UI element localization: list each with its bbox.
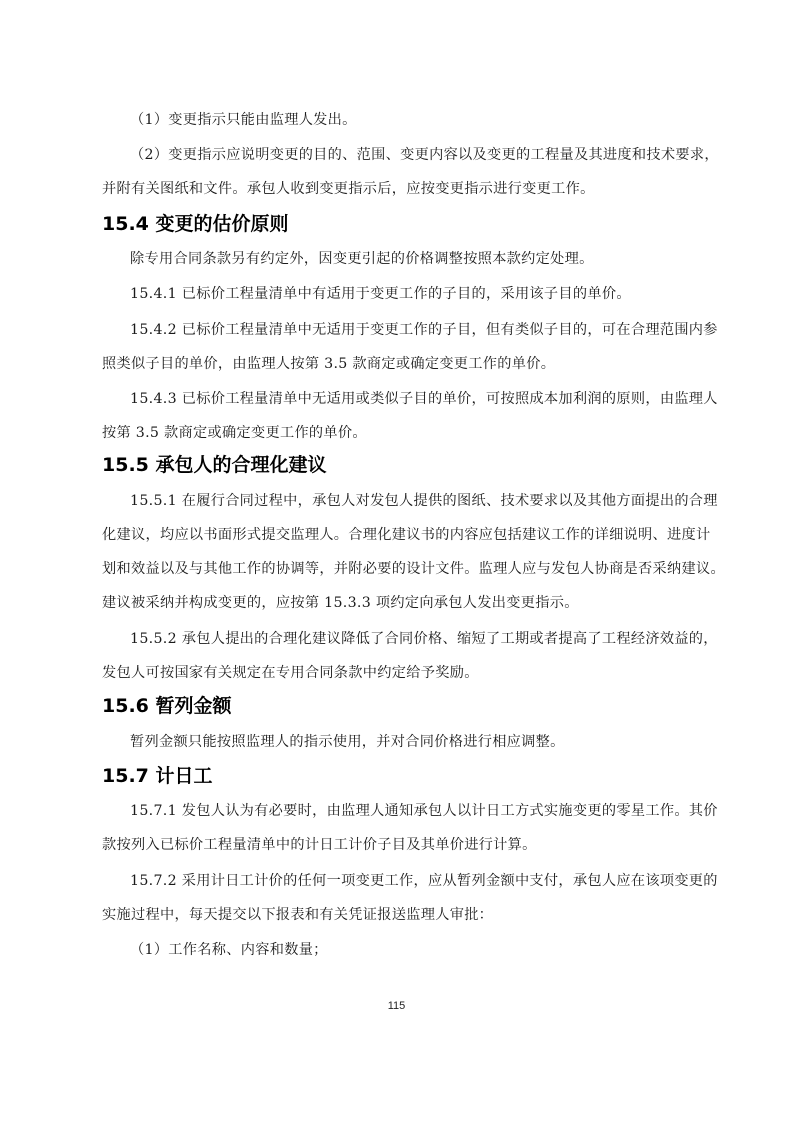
text-line: 划和效益以及与其他工作的协调等，并附必要的设计文件。监理人应与发包人协商是否采纳…: [102, 552, 694, 586]
text-line: （1）变更指示只能由监理人发出。: [102, 103, 694, 137]
text-line: 按第 3.5 款商定或确定变更工作的单价。: [102, 416, 694, 450]
text-line: 实施过程中，每天提交以下报表和有关凭证报送监理人审批：: [102, 898, 694, 932]
text-line: 建议被采纳并构成变更的，应按第 15.3.3 项约定向承包人发出变更指示。: [102, 586, 694, 620]
section-heading-15-5: 15.5 承包人的合理化建议: [102, 451, 327, 479]
text-line: （2）变更指示应说明变更的目的、范围、变更内容以及变更的工程量及其进度和技术要求…: [102, 138, 694, 172]
text-line: 15.5.2 承包人提出的合理化建议降低了合同价格、缩短了工期或者提高了工程经济…: [102, 622, 694, 656]
paragraph-15-4-2: 15.4.2 已标价工程量清单中无适用于变更工作的子目，但有类似子目的，可在合理…: [102, 313, 694, 381]
text-line: 15.4.3 已标价工程量清单中无适用或类似子目的单价，可按照成本加利润的原则，…: [102, 382, 694, 416]
text-line: 照类似子目的单价，由监理人按第 3.5 款商定或确定变更工作的单价。: [102, 347, 694, 381]
text-line: 15.7.1 发包人认为有必要时，由监理人通知承包人以计日工方式实施变更的零星工…: [102, 794, 694, 828]
text-line: 暂列金额只能按照监理人的指示使用，并对合同价格进行相应调整。: [102, 725, 694, 759]
paragraph-item-2: （2）变更指示应说明变更的目的、范围、变更内容以及变更的工程量及其进度和技术要求…: [102, 138, 694, 206]
section-heading-15-7: 15.7 计日工: [102, 762, 213, 790]
text-line: 15.5.1 在履行合同过程中，承包人对发包人提供的图纸、技术要求以及其他方面提…: [102, 484, 694, 518]
text-line: 款按列入已标价工程量清单中的计日工计价子目及其单价进行计算。: [102, 828, 694, 862]
text-line: 发包人可按国家有关规定在专用合同条款中约定给予奖励。: [102, 656, 694, 690]
paragraph-15-5-1: 15.5.1 在履行合同过程中，承包人对发包人提供的图纸、技术要求以及其他方面提…: [102, 484, 694, 620]
section-heading-15-4: 15.4 变更的估价原则: [102, 210, 289, 238]
paragraph-list-item-1: （1）工作名称、内容和数量；: [102, 933, 694, 967]
text-line: 除专用合同条款另有约定外，因变更引起的价格调整按照本款约定处理。: [102, 242, 694, 276]
text-line: 15.4.2 已标价工程量清单中无适用于变更工作的子目，但有类似子目的，可在合理…: [102, 313, 694, 347]
paragraph-15-4-1: 15.4.1 已标价工程量清单中有适用于变更工作的子目的，采用该子目的单价。: [102, 277, 694, 311]
text-line: （1）工作名称、内容和数量；: [102, 933, 694, 967]
paragraph-15-4-intro: 除专用合同条款另有约定外，因变更引起的价格调整按照本款约定处理。: [102, 242, 694, 276]
page-number: 115: [0, 1000, 793, 1012]
paragraph-15-6: 暂列金额只能按照监理人的指示使用，并对合同价格进行相应调整。: [102, 725, 694, 759]
paragraph-15-7-1: 15.7.1 发包人认为有必要时，由监理人通知承包人以计日工方式实施变更的零星工…: [102, 794, 694, 862]
text-line: 15.4.1 已标价工程量清单中有适用于变更工作的子目的，采用该子目的单价。: [102, 277, 694, 311]
paragraph-item-1: （1）变更指示只能由监理人发出。: [102, 103, 694, 137]
section-heading-15-6: 15.6 暂列金额: [102, 692, 232, 720]
paragraph-15-5-2: 15.5.2 承包人提出的合理化建议降低了合同价格、缩短了工期或者提高了工程经济…: [102, 622, 694, 690]
paragraph-15-4-3: 15.4.3 已标价工程量清单中无适用或类似子目的单价，可按照成本加利润的原则，…: [102, 382, 694, 450]
paragraph-15-7-2: 15.7.2 采用计日工计价的任何一项变更工作，应从暂列金额中支付，承包人应在该…: [102, 864, 694, 932]
text-line: 化建议，均应以书面形式提交监理人。合理化建议书的内容应包括建议工作的详细说明、进…: [102, 518, 694, 552]
text-line: 15.7.2 采用计日工计价的任何一项变更工作，应从暂列金额中支付，承包人应在该…: [102, 864, 694, 898]
text-line: 并附有关图纸和文件。承包人收到变更指示后，应按变更指示进行变更工作。: [102, 172, 694, 206]
